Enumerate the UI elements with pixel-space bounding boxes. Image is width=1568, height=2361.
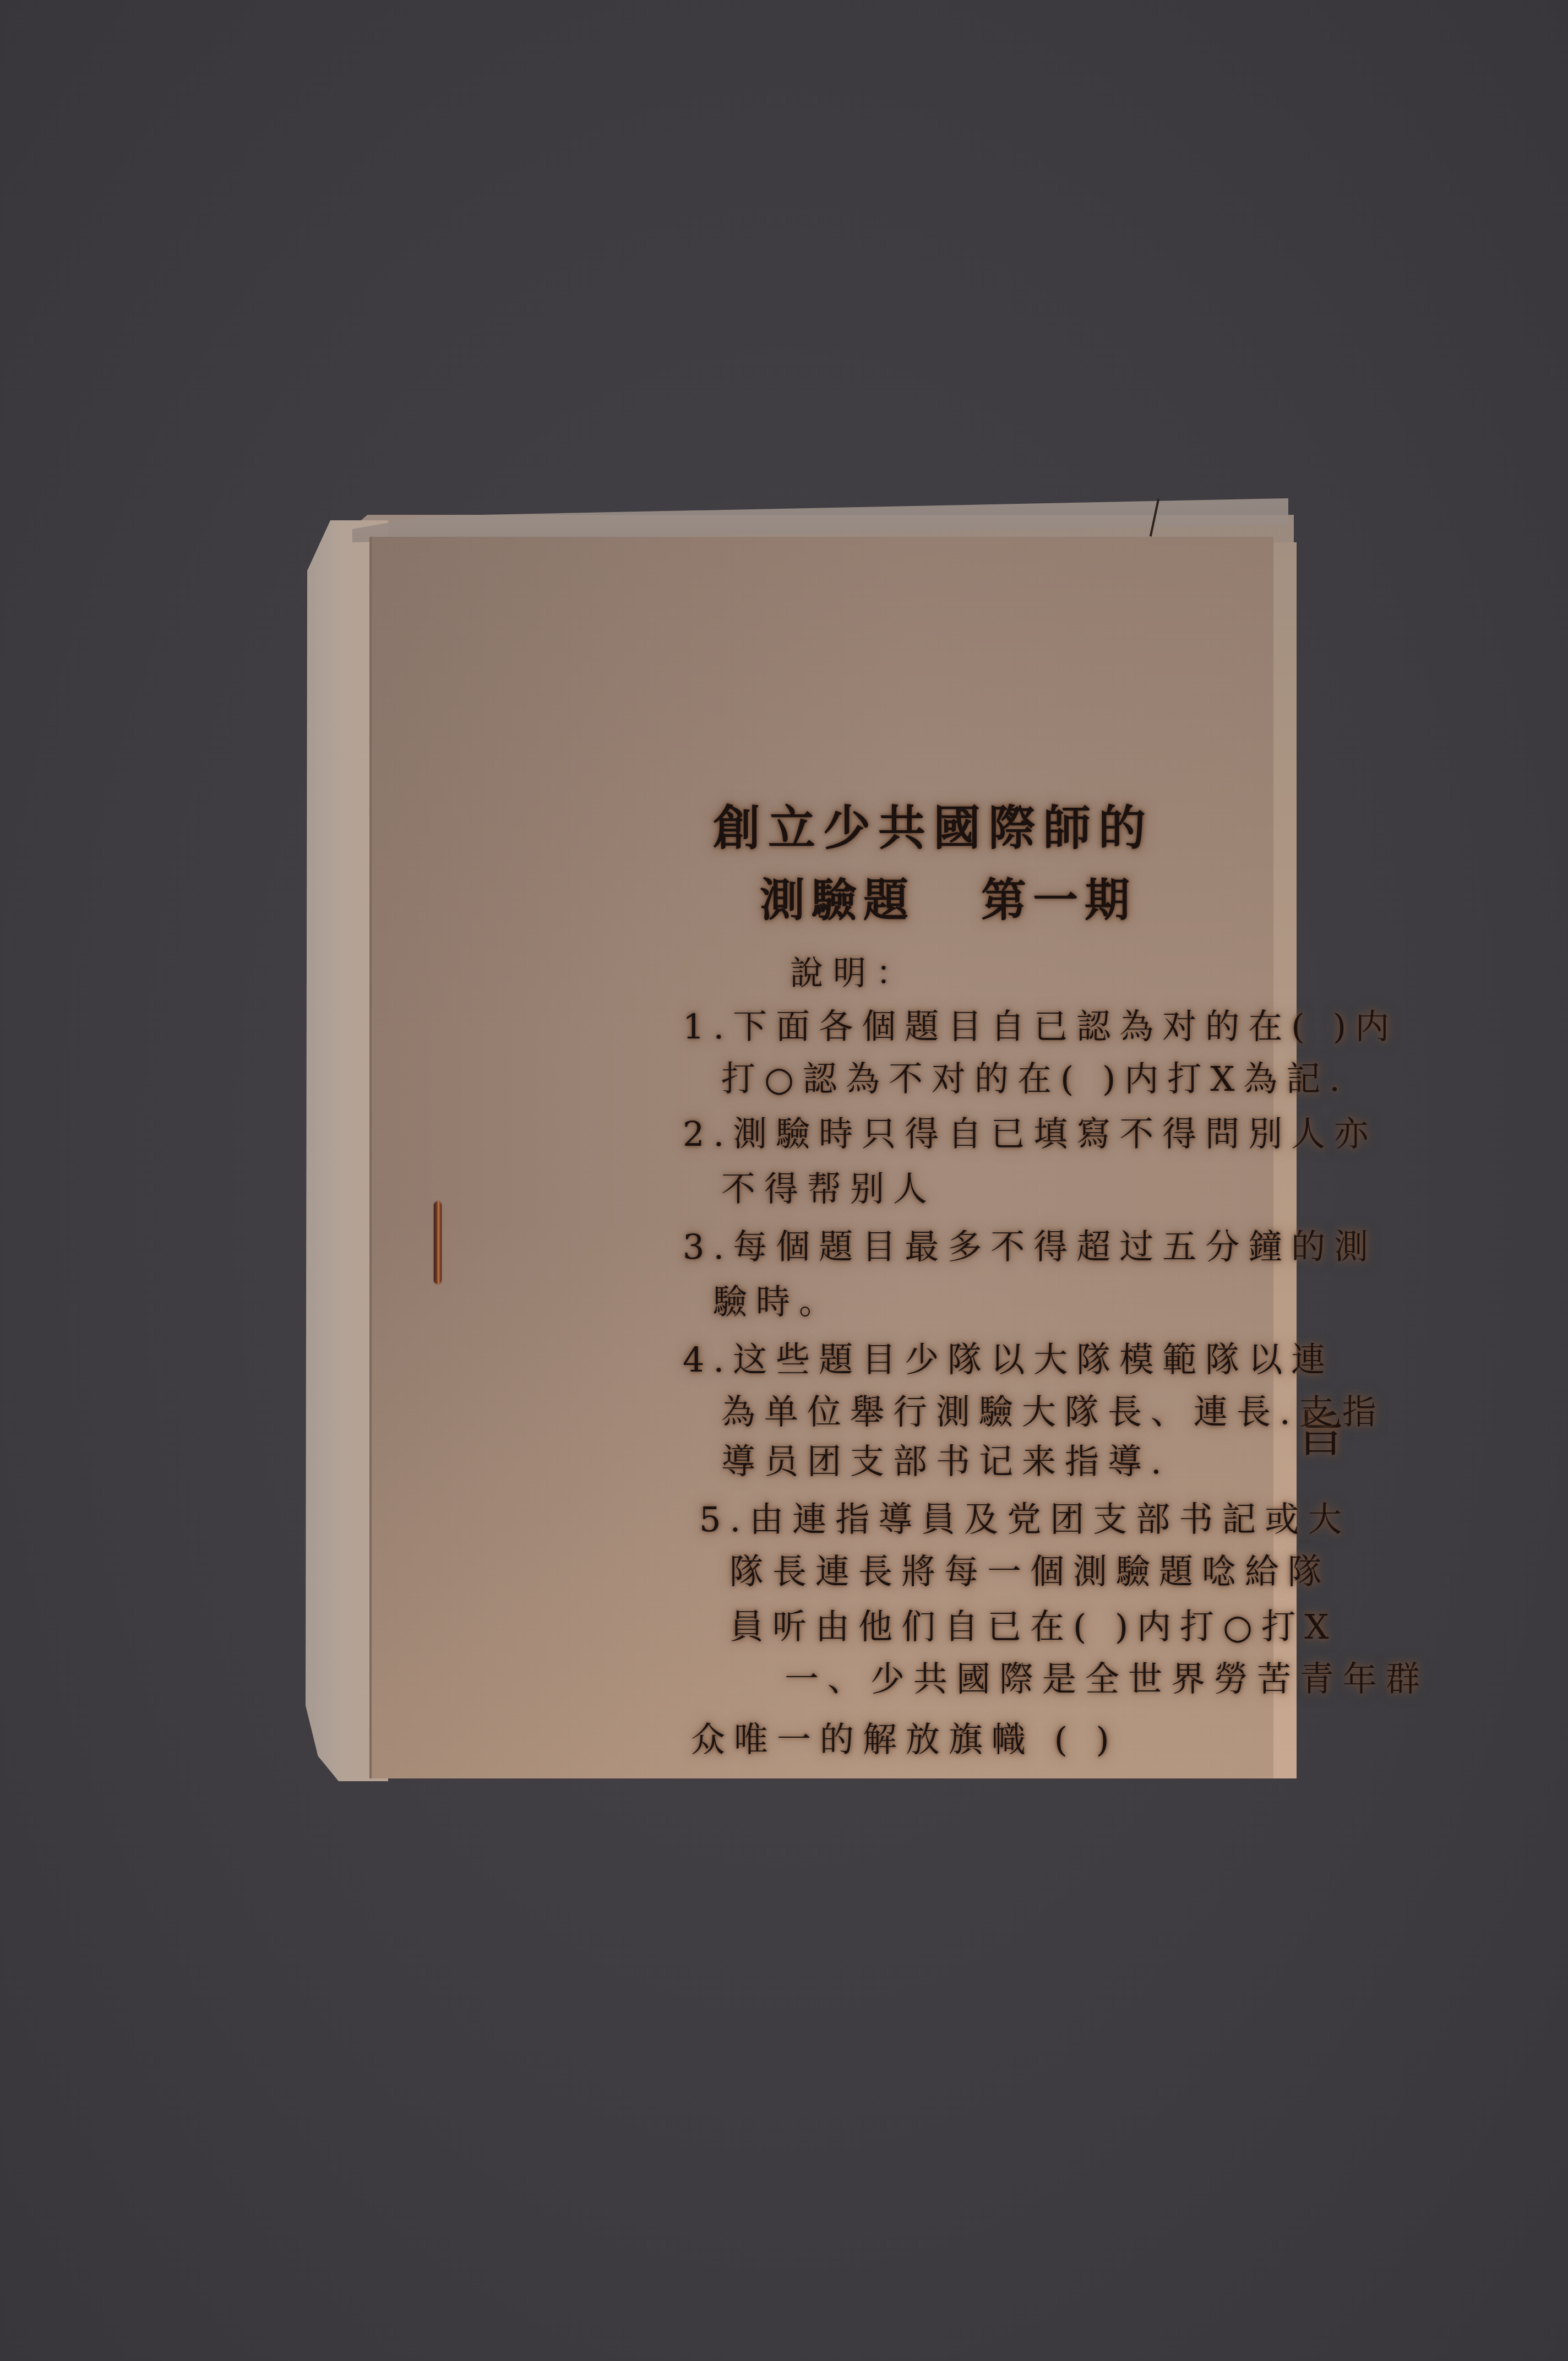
- instruction-5-line-3: 員听由他们自已在( )内打○打X: [729, 1600, 1337, 1649]
- instruction-3-line-2: 驗時。: [713, 1275, 842, 1324]
- instruction-4-line-2: 為单位舉行測驗大隊長、連長.支指: [721, 1385, 1385, 1434]
- instruction-2-line-2: 不得帮别人: [721, 1162, 936, 1211]
- instruction-1-line-2: 打○認為不对的在( )内打X為記.: [721, 1052, 1349, 1101]
- question-1-line-1: 一、少共國際是全世界勞苦青年群: [785, 1652, 1429, 1701]
- binding-fold-line: [371, 537, 372, 1778]
- instruction-4-line-1: 4.这些題目少隊以大隊模範隊以連: [683, 1332, 1334, 1381]
- document-title-line2: 測驗題第一期: [760, 864, 1136, 929]
- title-test-label: 測驗題: [760, 874, 915, 927]
- instruction-3-line-1: 3.每個題目最多不得超过五分鐘的測: [683, 1220, 1377, 1269]
- document-title-line1: 創立少共國際師的: [713, 790, 1153, 858]
- question-1-line-2: 众唯一的解放旗幟 ( ): [691, 1712, 1118, 1761]
- instruction-4-line-3: 導员团支部书记来指導.: [721, 1434, 1170, 1483]
- title-issue-label: 第一期: [981, 874, 1136, 927]
- instruction-2-line-1: 2.測驗時只得自已填寫不得問別人亦: [683, 1107, 1377, 1156]
- intro-label: 說明：: [790, 947, 919, 994]
- instruction-5-line-1: 5.由連指導員及党团支部书記或大: [699, 1492, 1351, 1541]
- instruction-1-line-1: 1.下面各個題目自已認為对的在( )内: [683, 999, 1398, 1048]
- instruction-5-line-2: 隊長連長將每一個測驗題唸給隊: [729, 1544, 1331, 1593]
- rusty-staple-icon: [434, 1201, 442, 1284]
